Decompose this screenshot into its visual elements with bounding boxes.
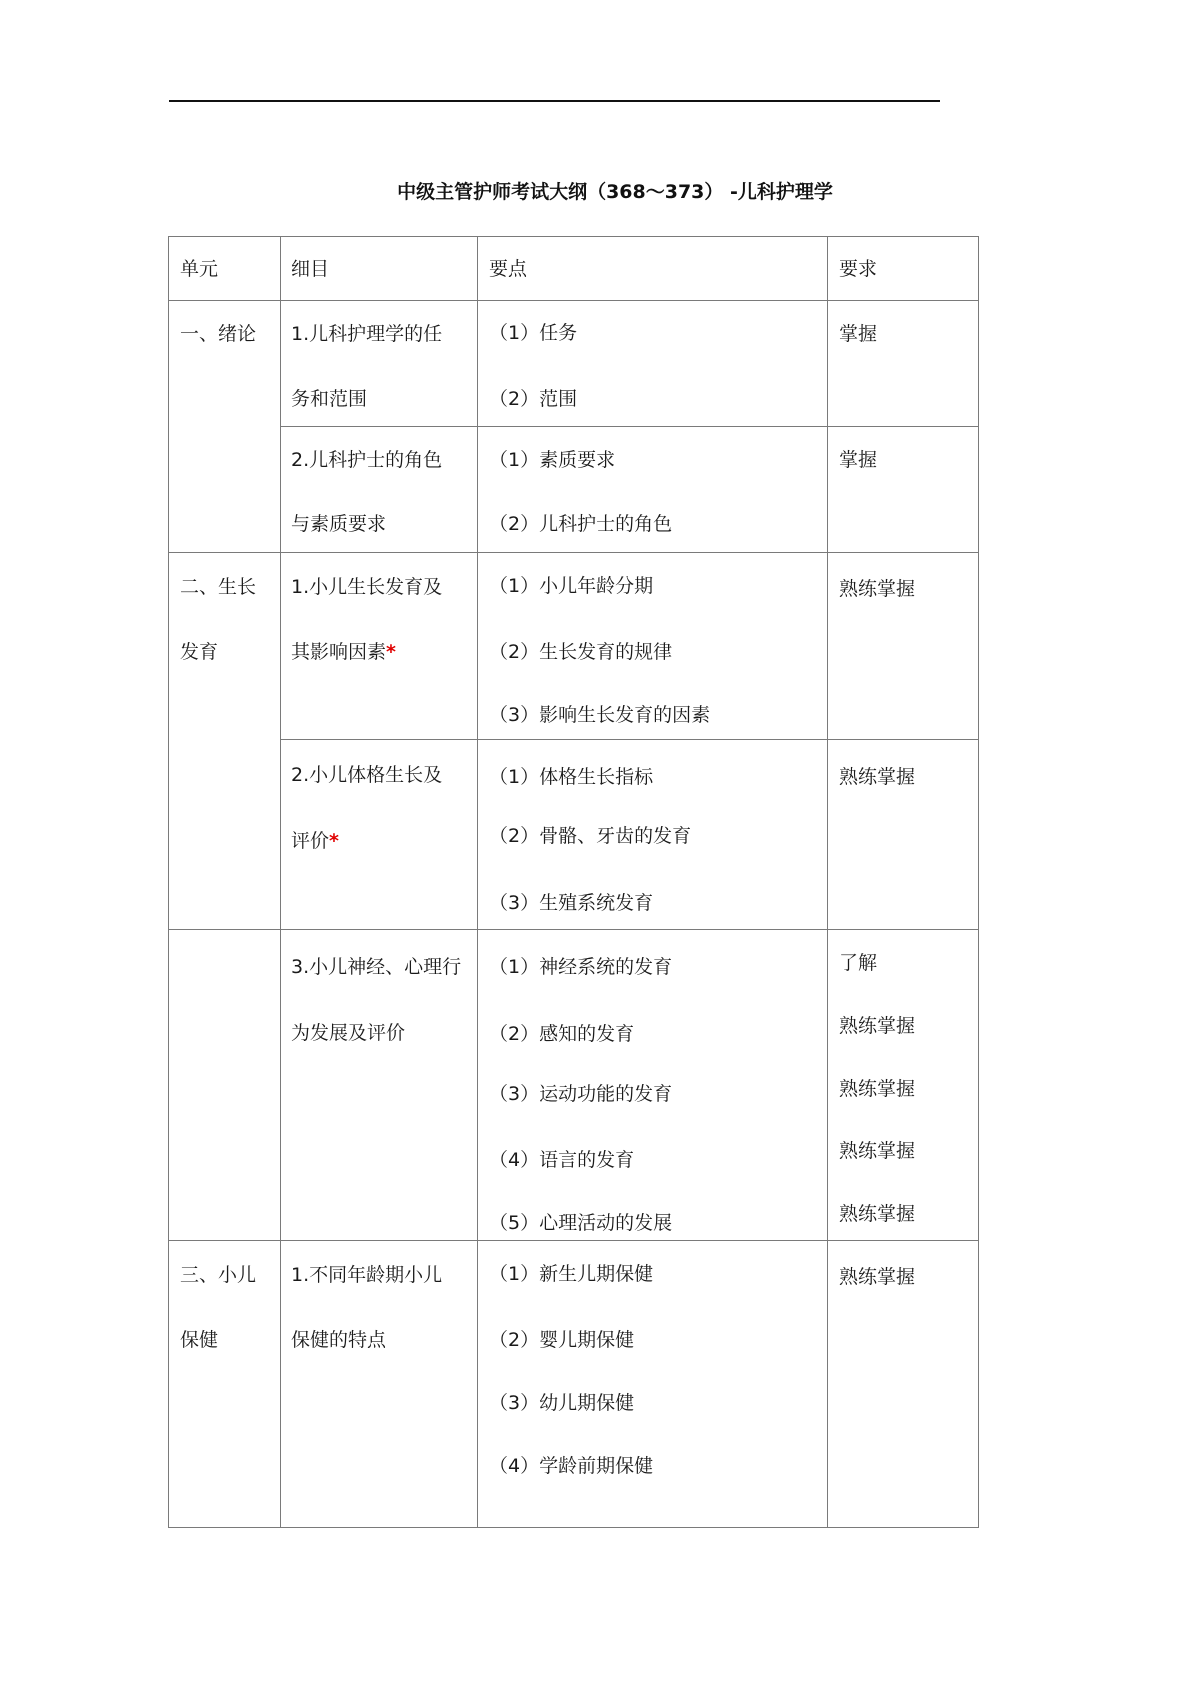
header-item: 细目	[291, 257, 329, 281]
item-cell: 评价*	[291, 829, 339, 853]
requirement-cell: 掌握	[839, 322, 877, 346]
unit-cell: 一、绪论	[180, 322, 256, 346]
unit-cell: 三、小儿	[180, 1263, 256, 1287]
requirement-cell: 熟练掌握	[839, 577, 915, 601]
point-cell: （1）素质要求	[489, 448, 615, 472]
requirement-cell: 熟练掌握	[839, 765, 915, 789]
item-cell: 1.不同年龄期小儿	[291, 1263, 442, 1287]
key-point-star: *	[386, 641, 396, 663]
col-divider	[280, 237, 281, 1527]
point-cell: （4）学龄前期保健	[489, 1454, 653, 1478]
point-cell: （2）婴儿期保健	[489, 1328, 634, 1352]
item-text: 其影响因素	[291, 641, 386, 663]
col-divider	[827, 237, 828, 1527]
col-divider	[477, 237, 478, 1527]
item-cell: 2.儿科护士的角色	[291, 448, 442, 472]
header-unit: 单元	[180, 257, 218, 281]
point-cell: （1）体格生长指标	[489, 765, 653, 789]
header-rule	[169, 100, 940, 102]
requirement-cell: 熟练掌握	[839, 1077, 915, 1101]
requirement-cell: 熟练掌握	[839, 1265, 915, 1289]
row-divider	[169, 552, 978, 553]
requirement-cell: 了解	[839, 951, 877, 975]
row-divider	[280, 739, 978, 740]
row-divider	[169, 929, 978, 930]
row-divider	[169, 1240, 978, 1241]
point-cell: （3）运动功能的发育	[489, 1082, 672, 1106]
point-cell: （1）小儿年龄分期	[489, 574, 653, 598]
requirement-cell: 熟练掌握	[839, 1139, 915, 1163]
item-cell: 为发展及评价	[291, 1021, 405, 1045]
requirement-cell: 熟练掌握	[839, 1014, 915, 1038]
item-cell: 保健的特点	[291, 1328, 386, 1352]
item-text: 评价	[291, 830, 329, 852]
key-point-star: *	[329, 830, 339, 852]
row-divider	[280, 426, 978, 427]
point-cell: （1）神经系统的发育	[489, 955, 672, 979]
point-cell: （2）生长发育的规律	[489, 640, 672, 664]
unit-cell: 发育	[180, 640, 218, 664]
item-cell: 1.儿科护理学的任	[291, 322, 442, 346]
point-cell: （2）儿科护士的角色	[489, 512, 672, 536]
point-cell: （1）任务	[489, 321, 577, 345]
header-points: 要点	[489, 257, 527, 281]
item-cell: 与素质要求	[291, 512, 386, 536]
point-cell: （1）新生儿期保健	[489, 1262, 653, 1286]
row-divider	[169, 300, 978, 301]
point-cell: （3）影响生长发育的因素	[489, 703, 710, 727]
point-cell: （2）骨骼、牙齿的发育	[489, 824, 691, 848]
point-cell: （5）心理活动的发展	[489, 1211, 672, 1235]
point-cell: （2）范围	[489, 387, 577, 411]
item-cell: 务和范围	[291, 387, 367, 411]
unit-cell: 二、生长	[180, 575, 256, 599]
point-cell: （3）生殖系统发育	[489, 891, 653, 915]
item-cell: 3.小儿神经、心理行	[291, 955, 461, 979]
requirement-cell: 熟练掌握	[839, 1202, 915, 1226]
item-cell: 其影响因素*	[291, 640, 396, 664]
document-title: 中级主管护师考试大纲（368～373） -儿科护理学	[300, 178, 930, 206]
unit-cell: 保健	[180, 1328, 218, 1352]
point-cell: （2）感知的发育	[489, 1022, 634, 1046]
point-cell: （4）语言的发育	[489, 1148, 634, 1172]
item-cell: 2.小儿体格生长及	[291, 763, 442, 787]
header-requirement: 要求	[839, 257, 877, 281]
point-cell: （3）幼儿期保健	[489, 1391, 634, 1415]
syllabus-table: 单元 细目 要点 要求 一、绪论 1.儿科护理学的任 务和范围 （1）任务 （2…	[168, 236, 979, 1528]
item-cell: 1.小儿生长发育及	[291, 575, 442, 599]
requirement-cell: 掌握	[839, 448, 877, 472]
